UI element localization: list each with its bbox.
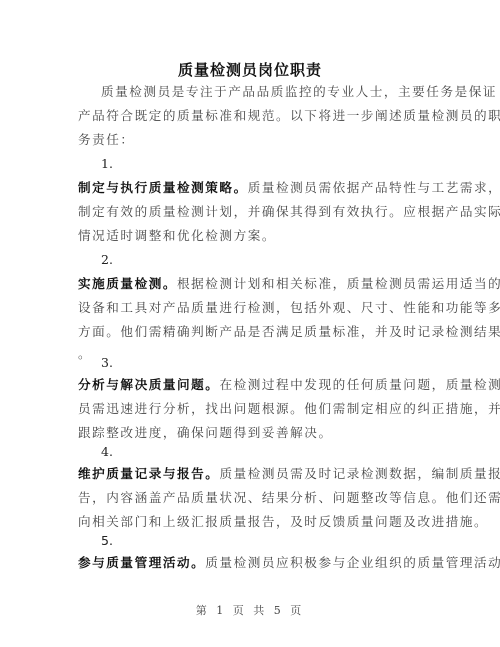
section-2-line-1: 实施质量检测。根据检测计划和相关标准，质量检测员需运用适当的 bbox=[78, 276, 423, 292]
section-4-line-1: 维护质量记录与报告。质量检测员需及时记录检测数据，编制质量报 bbox=[78, 466, 423, 482]
section-5-heading: 参与质量管理活动。 bbox=[78, 555, 205, 570]
section-number-3: 3. bbox=[101, 355, 113, 370]
section-1-line-1: 制定与执行质量检测策略。质量检测员需依据产品特性与工艺需求， bbox=[78, 180, 423, 196]
page-footer: 第 1 页 共 5 页 bbox=[0, 602, 500, 618]
section-5-line-1: 参与质量管理活动。质量检测员应积极参与企业组织的质量管理活动 bbox=[78, 555, 423, 571]
section-3-text: 在检测过程中发现的任何质量问题，质量检测 bbox=[219, 377, 500, 392]
section-2-line-3: 方面。他们需精确判断产品是否满足质量标准，并及时记录检测结果 bbox=[78, 324, 423, 340]
intro-line-3: 务责任： bbox=[78, 132, 423, 148]
section-3-line-2: 员需迅速进行分析，找出问题根源。他们需制定相应的纠正措施，并 bbox=[78, 401, 423, 417]
section-1-line-3: 情况适时调整和优化检测方案。 bbox=[78, 228, 423, 244]
section-4-line-2: 告，内容涵盖产品质量状况、结果分析、问题整改等信息。他们还需 bbox=[78, 490, 423, 506]
document-page: 质量检测员岗位职责 质量检测员是专注于产品品质监控的专业人士，主要任务是保证 产… bbox=[0, 0, 500, 647]
section-number-1: 1. bbox=[101, 156, 113, 171]
section-3-line-1: 分析与解决质量问题。在检测过程中发现的任何质量问题，质量检测 bbox=[78, 377, 423, 393]
section-number-5: 5. bbox=[101, 533, 113, 548]
section-1-heading: 制定与执行质量检测策略。 bbox=[78, 180, 248, 195]
section-4-text: 质量检测员需及时记录检测数据，编制质量报 bbox=[219, 466, 500, 481]
section-5-text: 质量检测员应积极参与企业组织的质量管理活动 bbox=[205, 555, 500, 570]
section-4-line-3: 向相关部门和上级汇报质量报告，及时反馈质量问题及改进措施。 bbox=[78, 514, 423, 530]
section-3-line-3: 跟踪整改进度，确保问题得到妥善解决。 bbox=[78, 425, 423, 441]
intro-line-2: 产品符合既定的质量标准和规范。以下将进一步阐述质量检测员的职 bbox=[78, 108, 423, 124]
section-1-line-2: 制定有效的质量检测计划，并确保其得到有效执行。应根据产品实际 bbox=[78, 204, 423, 220]
section-4-heading: 维护质量记录与报告。 bbox=[78, 466, 219, 481]
section-2-line-4: 。 bbox=[78, 346, 423, 362]
intro-line-1: 质量检测员是专注于产品品质监控的专业人士，主要任务是保证 bbox=[101, 84, 446, 100]
section-2-heading: 实施质量检测。 bbox=[78, 276, 177, 291]
document-title: 质量检测员岗位职责 bbox=[0, 59, 500, 80]
section-1-text: 质量检测员需依据产品特性与工艺需求， bbox=[248, 180, 500, 195]
section-number-4: 4. bbox=[101, 444, 113, 459]
section-2-text: 根据检测计划和相关标准，质量检测员需运用适当的 bbox=[177, 276, 500, 291]
section-3-heading: 分析与解决质量问题。 bbox=[78, 377, 219, 392]
section-number-2: 2. bbox=[101, 252, 113, 267]
section-2-line-2: 设备和工具对产品质量进行检测，包括外观、尺寸、性能和功能等多 bbox=[78, 300, 423, 316]
